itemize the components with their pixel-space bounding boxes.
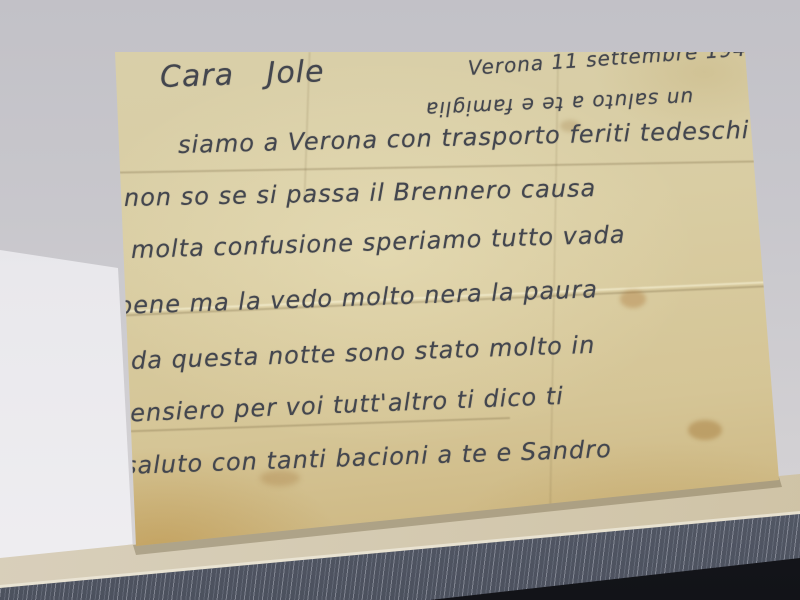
handwriting-line: saluto con tanti bacioni a te e Sandro (124, 435, 613, 480)
handwriting-line: da questa notte sono stato molto in (131, 331, 596, 375)
handwriting-line: siamo a Verona con trasporto feriti tede… (178, 116, 750, 159)
handwriting-line: non so se si passa il Brennero causa (124, 174, 597, 212)
salutation: Cara Jole (159, 54, 325, 95)
handwriting-line: molta confusione speriamo tutto vada (131, 220, 626, 264)
photo-of-letter: Cara Jole Verona 11 settembre 1944 un sa… (0, 0, 800, 600)
date-line: Verona 11 settembre 1944 (467, 36, 761, 80)
inverted-note-line: un saluto a te e famiglia (425, 86, 694, 122)
handwriting-line: bene ma la vedo molto nera la paura (117, 275, 599, 320)
handwriting-line: pensiero per voi tutt'altro ti dico ti (113, 382, 564, 428)
